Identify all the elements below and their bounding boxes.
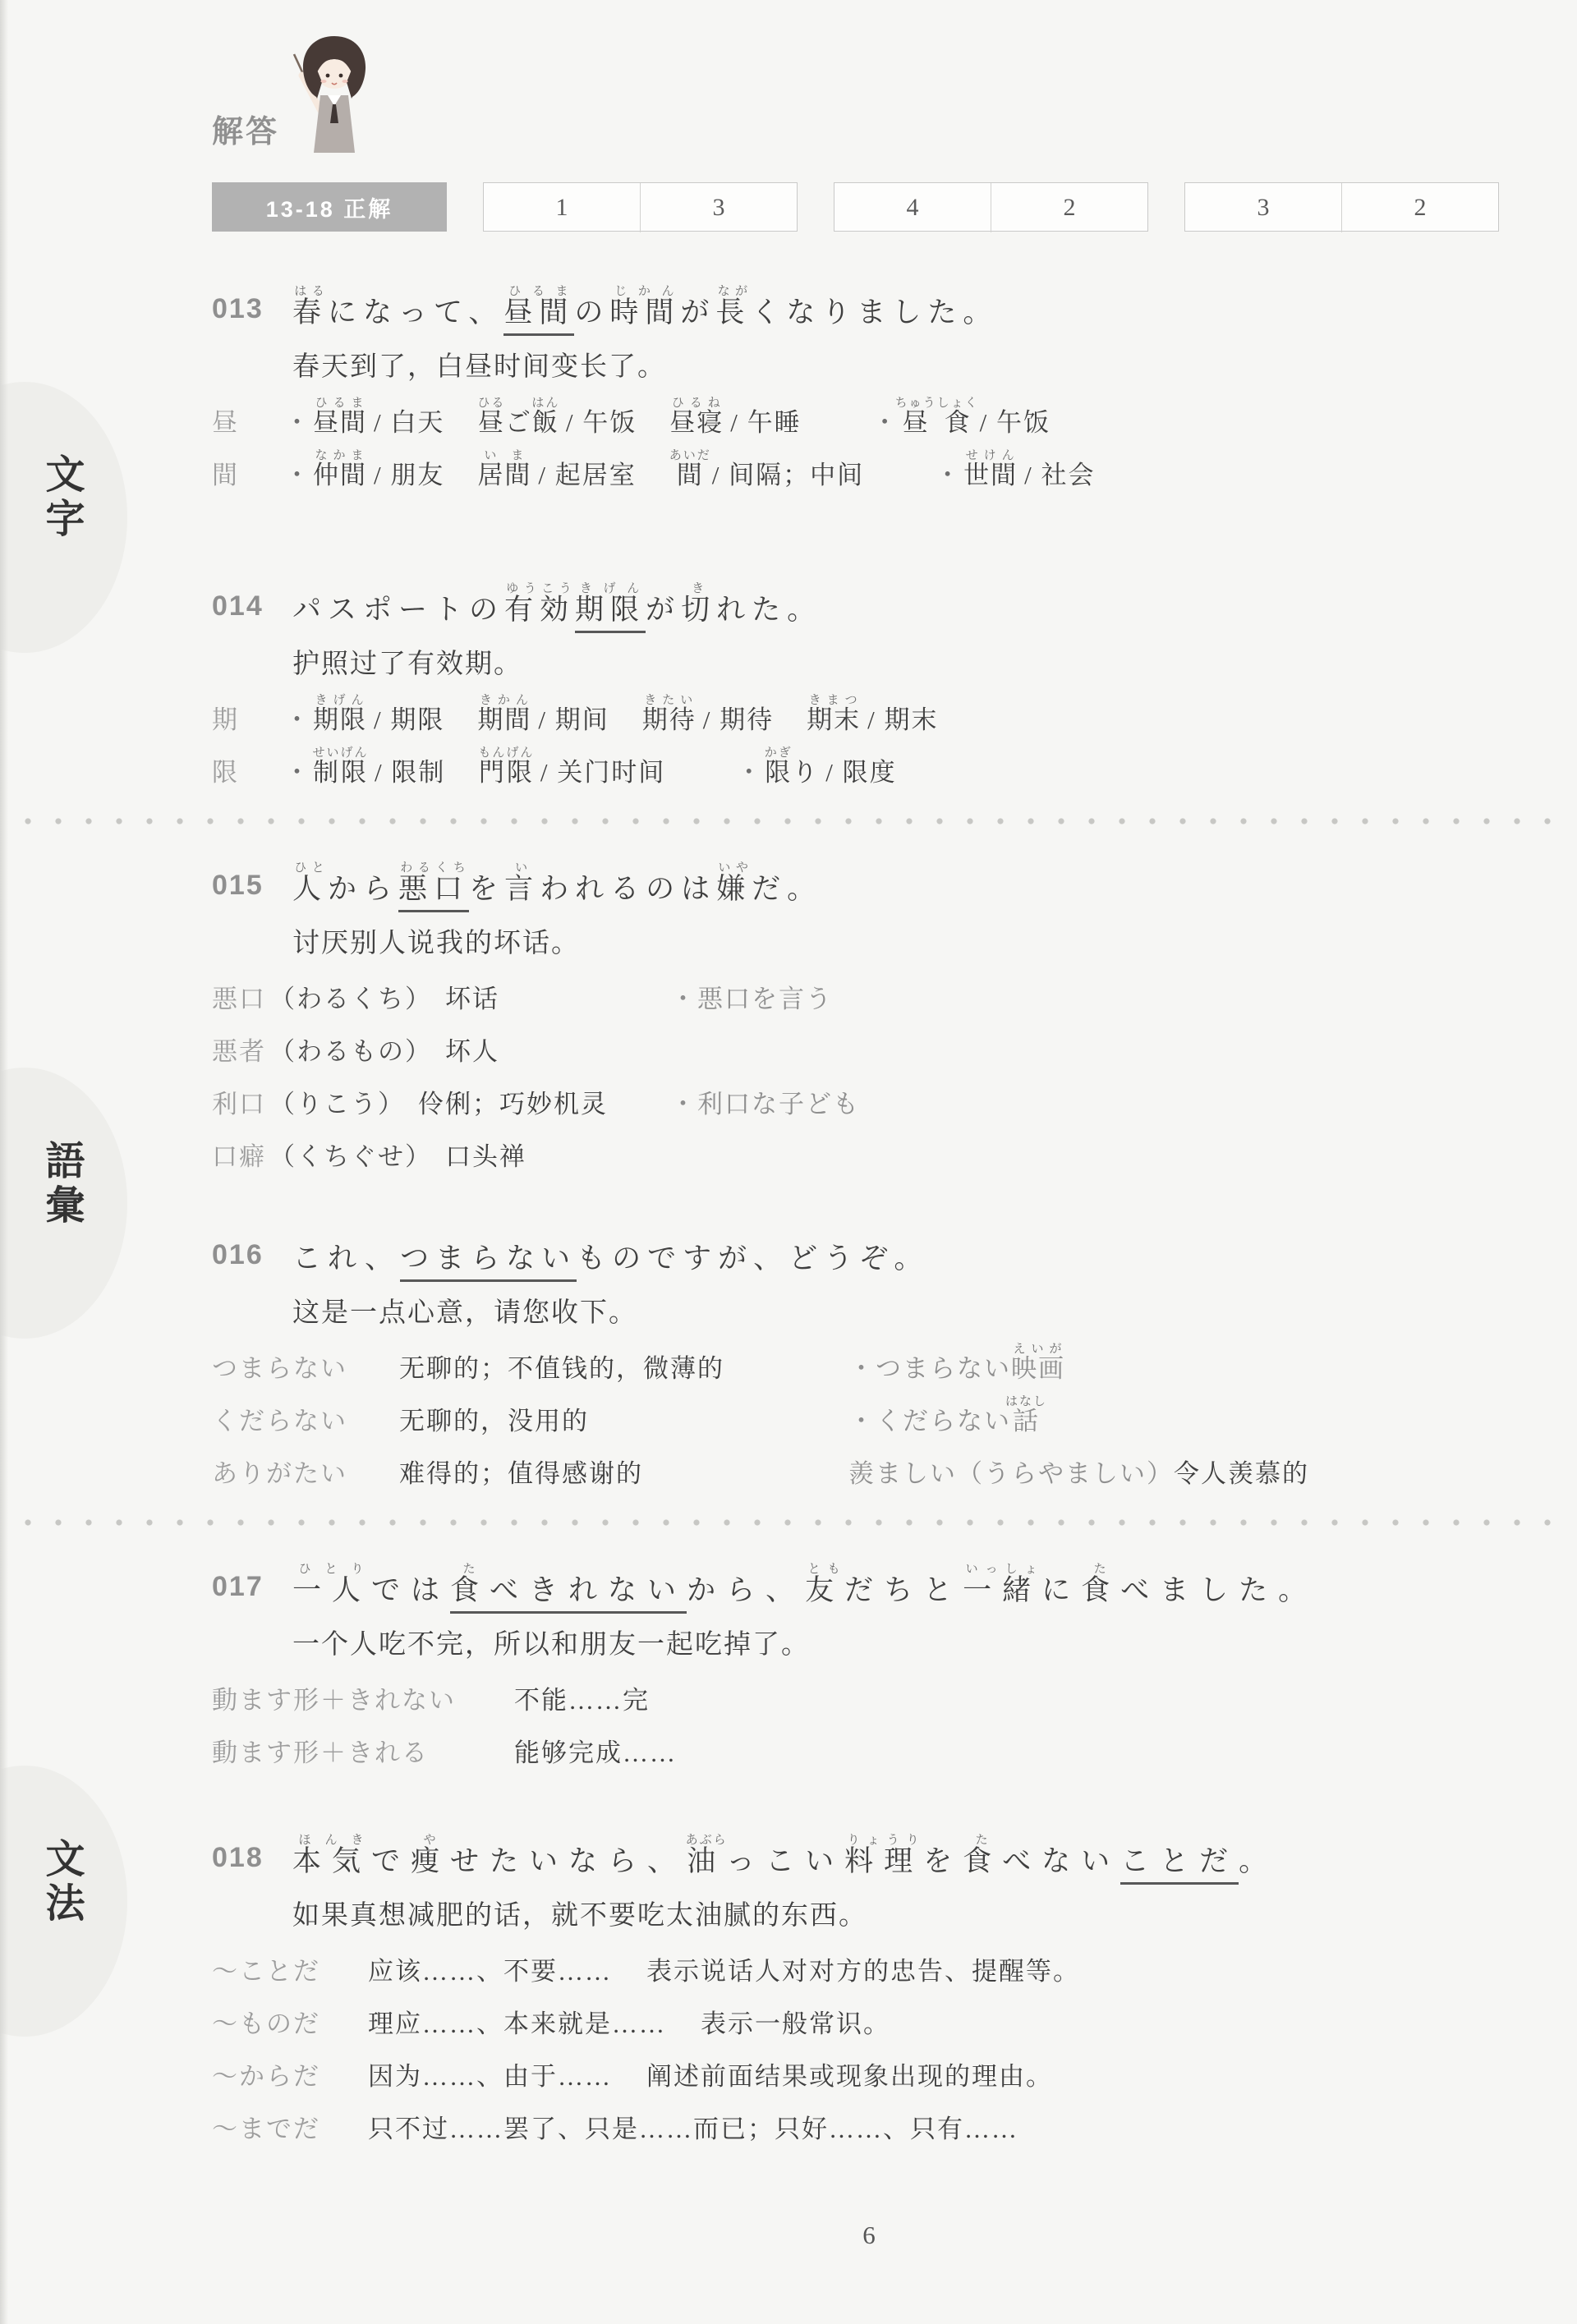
furigana: なが: [715, 285, 751, 298]
question-number: 016: [212, 1239, 279, 1273]
answer-key-bar: 13-18 正解 1 3 4 2 3 2: [212, 182, 1526, 232]
underlined-word: 悪口わるくち: [398, 873, 469, 912]
grammar-row: ～からだ因为……、由于……阐述前面结果或现象出现的理由。: [212, 2040, 1526, 2092]
ruby-word: 切き: [681, 594, 716, 626]
underlined-word: つまらない: [400, 1242, 577, 1282]
grammar-definition: 只不过……罢了、只是……而已；只好……、只有……: [368, 2108, 1018, 2145]
vocab-item: ・世間せけん/ 社会: [935, 449, 1095, 491]
ruby-word: 期限きげん: [313, 705, 367, 734]
grammar-definition: 应该……、不要……: [368, 1950, 612, 1987]
item-meaning: / 期末: [867, 705, 938, 734]
vocab-items: ・制限せいげん/ 限制門限もんげん/ 关门时间・限かぎり/ 限度: [284, 746, 897, 788]
grammar-row: ～までだ只不过……罢了、只是……而已；只好……、只有……: [212, 2092, 1526, 2145]
ruby-word: 有効ゆうこう: [504, 594, 575, 626]
question-sentence-line: 014パスポートの有効ゆうこう期限きげんが切きれた。: [212, 565, 1526, 624]
item-meaning: / 白天: [374, 408, 444, 437]
text-seg: ・つまらない: [848, 1354, 1011, 1383]
grammar-definition: 不能……完: [514, 1679, 650, 1716]
item-bullet: ・: [284, 408, 311, 437]
ruby-word: 痩や: [411, 1845, 450, 1877]
vocab-rows: つまらない无聊的；不值钱的，微薄的・つまらない映画えいがくだらない无聊的，没用的…: [212, 1332, 1526, 1490]
text-seg: っこい: [726, 1845, 844, 1877]
vocab-item: ・制限せいげん/ 限制: [284, 746, 445, 788]
entry-reading: （くちぐせ）: [269, 1136, 432, 1173]
furigana: あぶら: [686, 1834, 728, 1847]
question-number: 017: [212, 1571, 279, 1605]
furigana: いや: [716, 861, 752, 875]
vocab-item: 期間きかん/ 期间: [477, 694, 609, 736]
underlined-word: 昼間ひるま: [503, 296, 574, 336]
ruby-word: 昼間ひるま: [313, 408, 367, 437]
vocab-item: ・昼食ちゅうしょく/ 午饭: [872, 397, 1051, 439]
text-seg: 。: [1239, 1845, 1278, 1877]
vocab-rows: 昼・昼間ひるま/ 白天昼ひるご飯はん/ 午饭昼寝ひるね/ 午睡・昼食ちゅうしょく…: [212, 386, 1526, 491]
text-seg: ・くだらない: [848, 1407, 1011, 1435]
ruby-word: 仲間なかま: [313, 461, 367, 489]
vocab-items: ・仲間なかま/ 朋友居間いま/ 起居室間あいだ/ 间隔；中间・世間せけん/ 社会: [284, 449, 1096, 491]
furigana: きたい: [642, 694, 697, 707]
entry-meaning: 难得的；值得感谢的: [399, 1453, 643, 1490]
ruby-word: 期間きかん: [477, 705, 531, 734]
grammar-term: ～ことだ: [212, 1950, 368, 1987]
furigana: かぎ: [765, 746, 793, 760]
question-number: 013: [212, 293, 279, 327]
vocab-item: 門限もんげん/ 关门时间: [478, 746, 665, 788]
text-seg: を: [469, 873, 504, 905]
vocab-item: 昼ひるご飯はん/ 午饭: [477, 397, 637, 439]
question-block: 014パスポートの有効ゆうこう期限きげんが切きれた。护照过了有效期。期・期限きげ…: [212, 565, 1526, 788]
ruby-word: 昼間ひるま: [503, 296, 574, 328]
question-translation: 一个人吃不完，所以和朋友一起吃掉了。: [292, 1623, 1526, 1656]
grammar-note: 表示一般常识。: [701, 2003, 890, 2040]
answer-group: 1 3: [483, 182, 798, 232]
grammar-term: 動ます形＋きれる: [212, 1732, 514, 1769]
item-meaning: / 起居室: [538, 461, 636, 489]
ruby-word: 居間いま: [477, 461, 531, 489]
furigana: はなし: [1005, 1395, 1047, 1408]
grammar-term: ～までだ: [212, 2108, 368, 2145]
entry-example: ・悪口を言う: [670, 978, 833, 1015]
item-bullet: ・: [284, 461, 311, 489]
vocab-row: 悪者（わるもの）坏人: [212, 1015, 1526, 1068]
furigana: はる: [292, 285, 328, 298]
ruby-word: 長なが: [715, 296, 751, 328]
dotted-divider: [25, 1519, 1554, 1526]
furigana: や: [411, 1834, 450, 1847]
ruby-word: 時間じかん: [609, 296, 680, 328]
furigana: い: [504, 861, 540, 875]
entry-word: 悪口: [212, 978, 266, 1015]
questions: 013春はるになって、昼間ひるまの時間じかんが長ながくなりました。春天到了，白昼…: [212, 268, 1526, 2145]
vocab-rows: 悪口（わるくち）坏话・悪口を言う悪者（わるもの）坏人利口（りこう）伶俐；巧妙机灵…: [212, 962, 1526, 1173]
teacher-girl-illustration: [289, 31, 379, 154]
furigana: ゆうこう: [504, 582, 575, 595]
question-sentence: 本気ほんきで痩やせたいなら、油あぶらっこい料理りょうりを食たべないことだ。: [292, 1834, 1278, 1876]
vocab-rows: 期・期限きげん/ 期限期間きかん/ 期间期待きたい/ 期待期末きまつ/ 期末限・…: [212, 683, 1526, 788]
vocab-item: ・仲間なかま/ 朋友: [284, 449, 444, 491]
entry-reading: （りこう）: [269, 1083, 405, 1120]
entry-meaning: 无聊的；不值钱的，微薄的: [399, 1348, 724, 1385]
textbook-answer-page: 文字 語彙 文法 解答: [0, 0, 1577, 2324]
text-seg: だちと: [844, 1574, 963, 1606]
furigana: いま: [477, 449, 531, 462]
entry-example: ・くだらない話はなし: [848, 1395, 1047, 1437]
furigana: ほんき: [292, 1834, 371, 1847]
furigana: せいげん: [313, 746, 369, 760]
furigana: あいだ: [669, 449, 711, 462]
question-sentence: パスポートの有効ゆうこう期限きげんが切きれた。: [292, 582, 822, 624]
question-translation: 如果真想减肥的话，就不要吃太油腻的东西。: [292, 1894, 1526, 1927]
entry-meaning: 伶俐；巧妙机灵: [418, 1083, 608, 1120]
question-block: 018本気ほんきで痩やせたいなら、油あぶらっこい料理りょうりを食たべないことだ。…: [212, 1816, 1526, 2145]
item-bullet: ・: [736, 758, 763, 787]
furigana: せけん: [963, 449, 1018, 462]
entry-word: 口癖: [212, 1136, 266, 1173]
question-sentence-line: 013春はるになって、昼間ひるまの時間じかんが長ながくなりました。: [212, 268, 1526, 327]
text-seg: から: [328, 873, 398, 905]
item-meaning: / 间隔；中间: [712, 461, 864, 489]
vocab-item: 間あいだ/ 间隔；中间: [669, 449, 864, 491]
side-tab-moji: 文字: [33, 453, 82, 542]
furigana: ちゅうしょく: [895, 397, 979, 410]
question-sentence: これ、つまらないものですが、どうぞ。: [292, 1244, 929, 1273]
grammar-note: 阐述前面结果或现象出现的理由。: [646, 2055, 1053, 2092]
item-meaning: / 社会: [1024, 461, 1095, 489]
text-seg: くなりました。: [751, 296, 998, 328]
text-seg: パスポートの: [292, 594, 504, 626]
entry-meaning: 坏人: [445, 1031, 499, 1068]
furigana: りょうり: [844, 1834, 923, 1847]
ruby-word: 期限きげん: [575, 594, 646, 626]
furigana: ひるま: [313, 397, 367, 410]
item-meaning: / 期待: [703, 705, 774, 734]
item-meaning: / 限制: [375, 758, 445, 787]
question-block: 015人ひとから悪口わるくちを言いわれるのは嫌いやだ。讨厌别人说我的坏话。悪口（…: [212, 844, 1526, 1173]
ruby-word: 料理りょうり: [844, 1845, 923, 1877]
text-seg: に: [1041, 1574, 1081, 1606]
answer-cell: 3: [640, 183, 797, 232]
furigana: た: [963, 1834, 1002, 1847]
ruby-word: 食た: [1081, 1574, 1120, 1606]
furigana: きげん: [313, 694, 367, 707]
question-translation: 护照过了有效期。: [292, 642, 1526, 675]
vocab-row: つまらない无聊的；不值钱的，微薄的・つまらない映画えいが: [212, 1332, 1526, 1385]
side-tab-goi: 語彙: [33, 1140, 82, 1229]
vocab-head-kanji: 限: [212, 751, 284, 788]
furigana: き: [681, 582, 716, 595]
furigana: えいが: [1011, 1343, 1065, 1356]
grammar-definition: 能够完成……: [514, 1732, 677, 1769]
answer-range-label: 13-18 正解: [212, 182, 447, 232]
text-seg: が: [680, 296, 715, 328]
text-seg: では: [371, 1574, 450, 1606]
furigana: いっしょ: [963, 1563, 1041, 1576]
ruby-word: 春はる: [292, 296, 328, 328]
answer-group: 4 2: [834, 182, 1148, 232]
vocab-item: ・昼間ひるま/ 白天: [284, 397, 444, 439]
text-seg: ものですが、どうぞ。: [577, 1242, 929, 1275]
item-meaning: / 期限: [374, 705, 444, 734]
underlined-word: ことだ: [1120, 1845, 1239, 1885]
entry-reading: （わるくち）: [269, 978, 432, 1015]
text-seg: せたいなら、: [450, 1845, 687, 1877]
entry-word: ありがたい: [212, 1453, 386, 1490]
text-seg: ・悪口を言う: [670, 985, 833, 1013]
ruby-word: 門限もんげん: [478, 758, 534, 787]
vocab-item: 期待きたい/ 期待: [642, 694, 774, 736]
entry-word: 利口: [212, 1083, 266, 1120]
furigana: ひとり: [292, 1563, 371, 1576]
vocab-row: 利口（りこう）伶俐；巧妙机灵・利口な子ども: [212, 1068, 1526, 1120]
answer-group: 3 2: [1184, 182, 1499, 232]
item-meaning: / 午饭: [980, 408, 1051, 437]
vocab-row: 口癖（くちぐせ）口头禅: [212, 1120, 1526, 1173]
entry-example: ・利口な子ども: [670, 1083, 860, 1120]
vocab-rows: 動ます形＋きれない不能……完動ます形＋きれる能够完成……: [212, 1664, 1526, 1769]
text-seg: ことだ: [1120, 1845, 1239, 1877]
entry-reading: （わるもの）: [269, 1031, 432, 1068]
question-sentence-line: 015人ひとから悪口わるくちを言いわれるのは嫌いやだ。: [212, 844, 1526, 903]
question-sentence: 春はるになって、昼間ひるまの時間じかんが長ながくなりました。: [292, 285, 998, 327]
ruby-word: 昼寝ひるね: [669, 408, 724, 437]
page-content: 解答 13-18 正解: [212, 0, 1526, 2250]
vocab-rows: ～ことだ应该……、不要……表示说话人对对方的忠告、提醒等。～ものだ理应……、本来…: [212, 1935, 1526, 2145]
underlined-word: 食たべきれない: [450, 1574, 687, 1614]
side-tab-bunpou: 文法: [33, 1838, 82, 1927]
item-meaning: / 限度: [825, 758, 896, 787]
text-seg: ・利口な子ども: [670, 1090, 860, 1118]
furigana: きげん: [575, 582, 646, 595]
ruby-word: 映画えいが: [1011, 1354, 1065, 1383]
grammar-row: ～ことだ应该……、不要……表示说话人对对方的忠告、提醒等。: [212, 1935, 1526, 1987]
grammar-row: 動ます形＋きれる能够完成……: [212, 1716, 1526, 1769]
ruby-word: 食た: [963, 1845, 1002, 1877]
ruby-word: 制限せいげん: [313, 758, 368, 787]
vocab-row: 間・仲間なかま/ 朋友居間いま/ 起居室間あいだ/ 间隔；中间・世間せけん/ 社…: [212, 439, 1526, 491]
dotted-divider: [25, 818, 1554, 824]
furigana: きかん: [477, 694, 531, 707]
entry-example: ・つまらない映画えいが: [848, 1343, 1065, 1385]
question-number: 015: [212, 870, 279, 903]
vocab-row: ありがたい难得的；值得感谢的羨ましい（うらやましい）令人羡慕的: [212, 1437, 1526, 1490]
page-header: 解答: [212, 25, 1526, 154]
furigana: ひと: [292, 861, 328, 875]
furigana: ひるね: [669, 397, 724, 410]
ruby-word: 期末きまつ: [807, 705, 861, 734]
text-seg: 令人羡慕的: [1174, 1459, 1309, 1488]
text-seg: つまらない: [400, 1242, 577, 1275]
ruby-word: 油あぶら: [687, 1845, 726, 1877]
text-seg: べました。: [1120, 1574, 1317, 1606]
ruby-word: 期待きたい: [642, 705, 697, 734]
grammar-definition: 因为……、由于……: [368, 2055, 612, 2092]
page-number: 6: [212, 2221, 1526, 2250]
text-seg: が: [646, 594, 681, 626]
ruby-word: 間あいだ: [669, 461, 706, 489]
grammar-term: ～からだ: [212, 2055, 368, 2092]
answer-cell: 2: [991, 183, 1147, 232]
grammar-row: 動ます形＋きれない不能……完: [212, 1664, 1526, 1716]
text-seg: ご: [505, 408, 532, 437]
text-seg: を: [923, 1845, 963, 1877]
furigana: じかん: [609, 285, 680, 298]
question-sentence: 人ひとから悪口わるくちを言いわれるのは嫌いやだ。: [292, 861, 822, 903]
vocab-item: 期末きまつ/ 期末: [807, 694, 938, 736]
furigana: わるくち: [398, 861, 469, 875]
grammar-note: 表示说话人对对方的忠告、提醒等。: [646, 1950, 1080, 1987]
vocab-row: 昼・昼間ひるま/ 白天昼ひるご飯はん/ 午饭昼寝ひるね/ 午睡・昼食ちゅうしょく…: [212, 386, 1526, 439]
item-bullet: ・: [935, 461, 962, 489]
item-meaning: / 午饭: [566, 408, 637, 437]
text-seg: だ。: [752, 873, 822, 905]
question-translation: 讨厌别人说我的坏话。: [292, 921, 1526, 954]
item-bullet: ・: [284, 705, 311, 734]
vocab-item: 昼寝ひるね/ 午睡: [669, 397, 801, 439]
text-seg: われるのは: [540, 873, 716, 905]
item-meaning: / 期间: [538, 705, 609, 734]
ruby-word: 人ひと: [292, 873, 328, 905]
question-sentence-line: 017一人ひとりでは食たべきれないから、友ともだちと一緒いっしょに食たべました。: [212, 1546, 1526, 1605]
ruby-word: 昼食ちゅうしょく: [901, 408, 973, 437]
ruby-word: 食た: [450, 1574, 490, 1606]
furigana: もんげん: [478, 746, 534, 760]
vocab-head-kanji: 昼: [212, 402, 284, 439]
ruby-word: 限かぎ: [765, 758, 792, 787]
text-seg: べない: [1002, 1845, 1120, 1877]
ruby-word: 一緒いっしょ: [963, 1574, 1041, 1606]
question-block: 016これ、つまらないものですが、どうぞ。这是一点心意，请您收下。つまらない无聊…: [212, 1214, 1526, 1490]
vocab-item: 居間いま/ 起居室: [477, 449, 636, 491]
furigana: なかま: [313, 449, 367, 462]
question-number: 018: [212, 1842, 279, 1876]
text-seg: り: [792, 758, 819, 787]
ruby-word: 本気ほんき: [292, 1845, 371, 1877]
ruby-word: 話はなし: [1011, 1407, 1047, 1435]
vocab-row: 期・期限きげん/ 期限期間きかん/ 期间期待きたい/ 期待期末きまつ/ 期末: [212, 683, 1526, 736]
furigana: とも: [805, 1563, 844, 1576]
vocab-row: 悪口（わるくち）坏话・悪口を言う: [212, 962, 1526, 1015]
entry-word: くだらない: [212, 1400, 386, 1437]
ruby-word: 世間せけん: [963, 461, 1018, 489]
ruby-word: 友とも: [805, 1574, 844, 1606]
entry-word: 悪者: [212, 1031, 266, 1068]
entry-meaning: 口头禅: [445, 1136, 526, 1173]
answer-cell: 4: [834, 183, 991, 232]
grammar-row: ～ものだ理应……、本来就是……表示一般常识。: [212, 1987, 1526, 2040]
ruby-word: 昼ひる: [477, 408, 505, 437]
text-seg: これ、: [292, 1242, 400, 1275]
text-seg: になって、: [328, 296, 503, 328]
grammar-definition: 理应……、本来就是……: [368, 2003, 666, 2040]
underlined-word: 期限きげん: [575, 594, 646, 633]
question-sentence-line: 018本気ほんきで痩やせたいなら、油あぶらっこい料理りょうりを食たべないことだ。: [212, 1816, 1526, 1876]
answer-cell: 2: [1341, 183, 1498, 232]
vocab-items: ・昼間ひるま/ 白天昼ひるご飯はん/ 午饭昼寝ひるね/ 午睡・昼食ちゅうしょく/…: [284, 397, 1051, 439]
text-seg: の: [574, 296, 609, 328]
vocab-head-kanji: 期: [212, 699, 284, 736]
item-meaning: / 午睡: [730, 408, 801, 437]
vocab-item: ・期限きげん/ 期限: [284, 694, 444, 736]
furigana: た: [450, 1563, 490, 1576]
vocab-items: ・期限きげん/ 期限期間きかん/ 期间期待きたい/ 期待期末きまつ/ 期末: [284, 694, 939, 736]
question-sentence-line: 016これ、つまらないものですが、どうぞ。: [212, 1214, 1526, 1273]
text-seg: 羨ましい（うらやましい）: [848, 1459, 1174, 1488]
furigana: はん: [531, 397, 559, 410]
entry-meaning: 无聊的，没用的: [399, 1400, 589, 1437]
entry-word: つまらない: [212, 1348, 386, 1385]
ruby-word: 嫌いや: [716, 873, 752, 905]
entry-example: 羨ましい（うらやましい）令人羡慕的: [848, 1453, 1309, 1490]
vocab-head-kanji: 間: [212, 454, 284, 491]
grammar-term: ～ものだ: [212, 2003, 368, 2040]
answer-cell: 1: [484, 183, 640, 232]
grammar-term: 動ます形＋きれない: [212, 1679, 514, 1716]
item-meaning: / 朋友: [374, 461, 444, 489]
text-seg: で: [371, 1845, 411, 1877]
question-block: 017一人ひとりでは食たべきれないから、友ともだちと一緒いっしょに食たべました。…: [212, 1546, 1526, 1769]
vocab-item: ・限かぎり/ 限度: [736, 746, 896, 788]
answer-cell: 3: [1185, 183, 1341, 232]
ruby-word: 飯はん: [532, 408, 559, 437]
item-bullet: ・: [284, 758, 311, 787]
vocab-row: くだらない无聊的，没用的・くだらない話はなし: [212, 1385, 1526, 1437]
furigana: ひる: [477, 397, 505, 410]
entry-meaning: 坏话: [445, 978, 499, 1015]
question-block: 013春はるになって、昼間ひるまの時間じかんが長ながくなりました。春天到了，白昼…: [212, 268, 1526, 491]
item-meaning: / 关门时间: [540, 758, 665, 787]
ruby-word: 言い: [504, 873, 540, 905]
vocab-row: 限・制限せいげん/ 限制門限もんげん/ 关门时间・限かぎり/ 限度: [212, 736, 1526, 788]
question-translation: 春天到了，白昼时间变长了。: [292, 345, 1526, 378]
furigana: きまつ: [807, 694, 861, 707]
text-seg: れた。: [716, 594, 822, 626]
ruby-word: 一人ひとり: [292, 1574, 371, 1606]
ruby-word: 悪口わるくち: [398, 873, 469, 905]
question-number: 014: [212, 590, 279, 624]
question-sentence: 一人ひとりでは食たべきれないから、友ともだちと一緒いっしょに食たべました。: [292, 1563, 1317, 1605]
furigana: ひるま: [503, 285, 574, 298]
question-translation: 这是一点心意，请您收下。: [292, 1291, 1526, 1324]
answers-heading: 解答: [212, 106, 279, 151]
text-seg: から、: [687, 1574, 805, 1606]
text-seg: べきれない: [490, 1574, 687, 1606]
furigana: た: [1081, 1563, 1120, 1576]
